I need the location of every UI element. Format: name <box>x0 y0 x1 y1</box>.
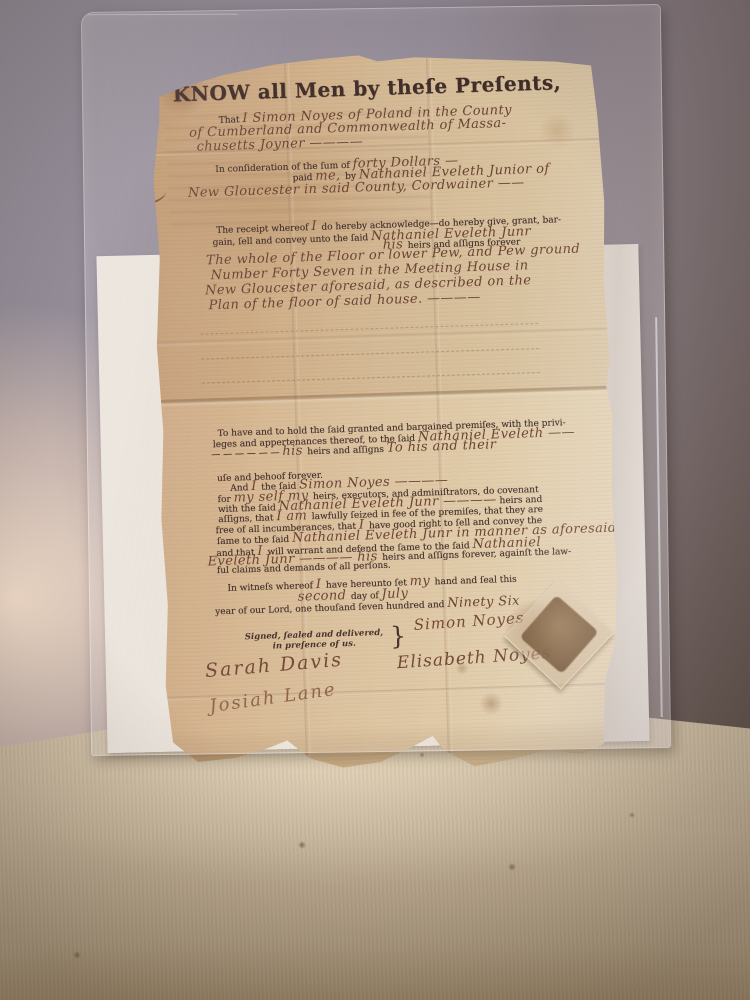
plastic-sleeve <box>81 4 671 756</box>
printed-text: in the <box>721 572 748 584</box>
photograph-of-deed: KNOW all Men by theſe Preſents, That I S… <box>0 0 750 1000</box>
